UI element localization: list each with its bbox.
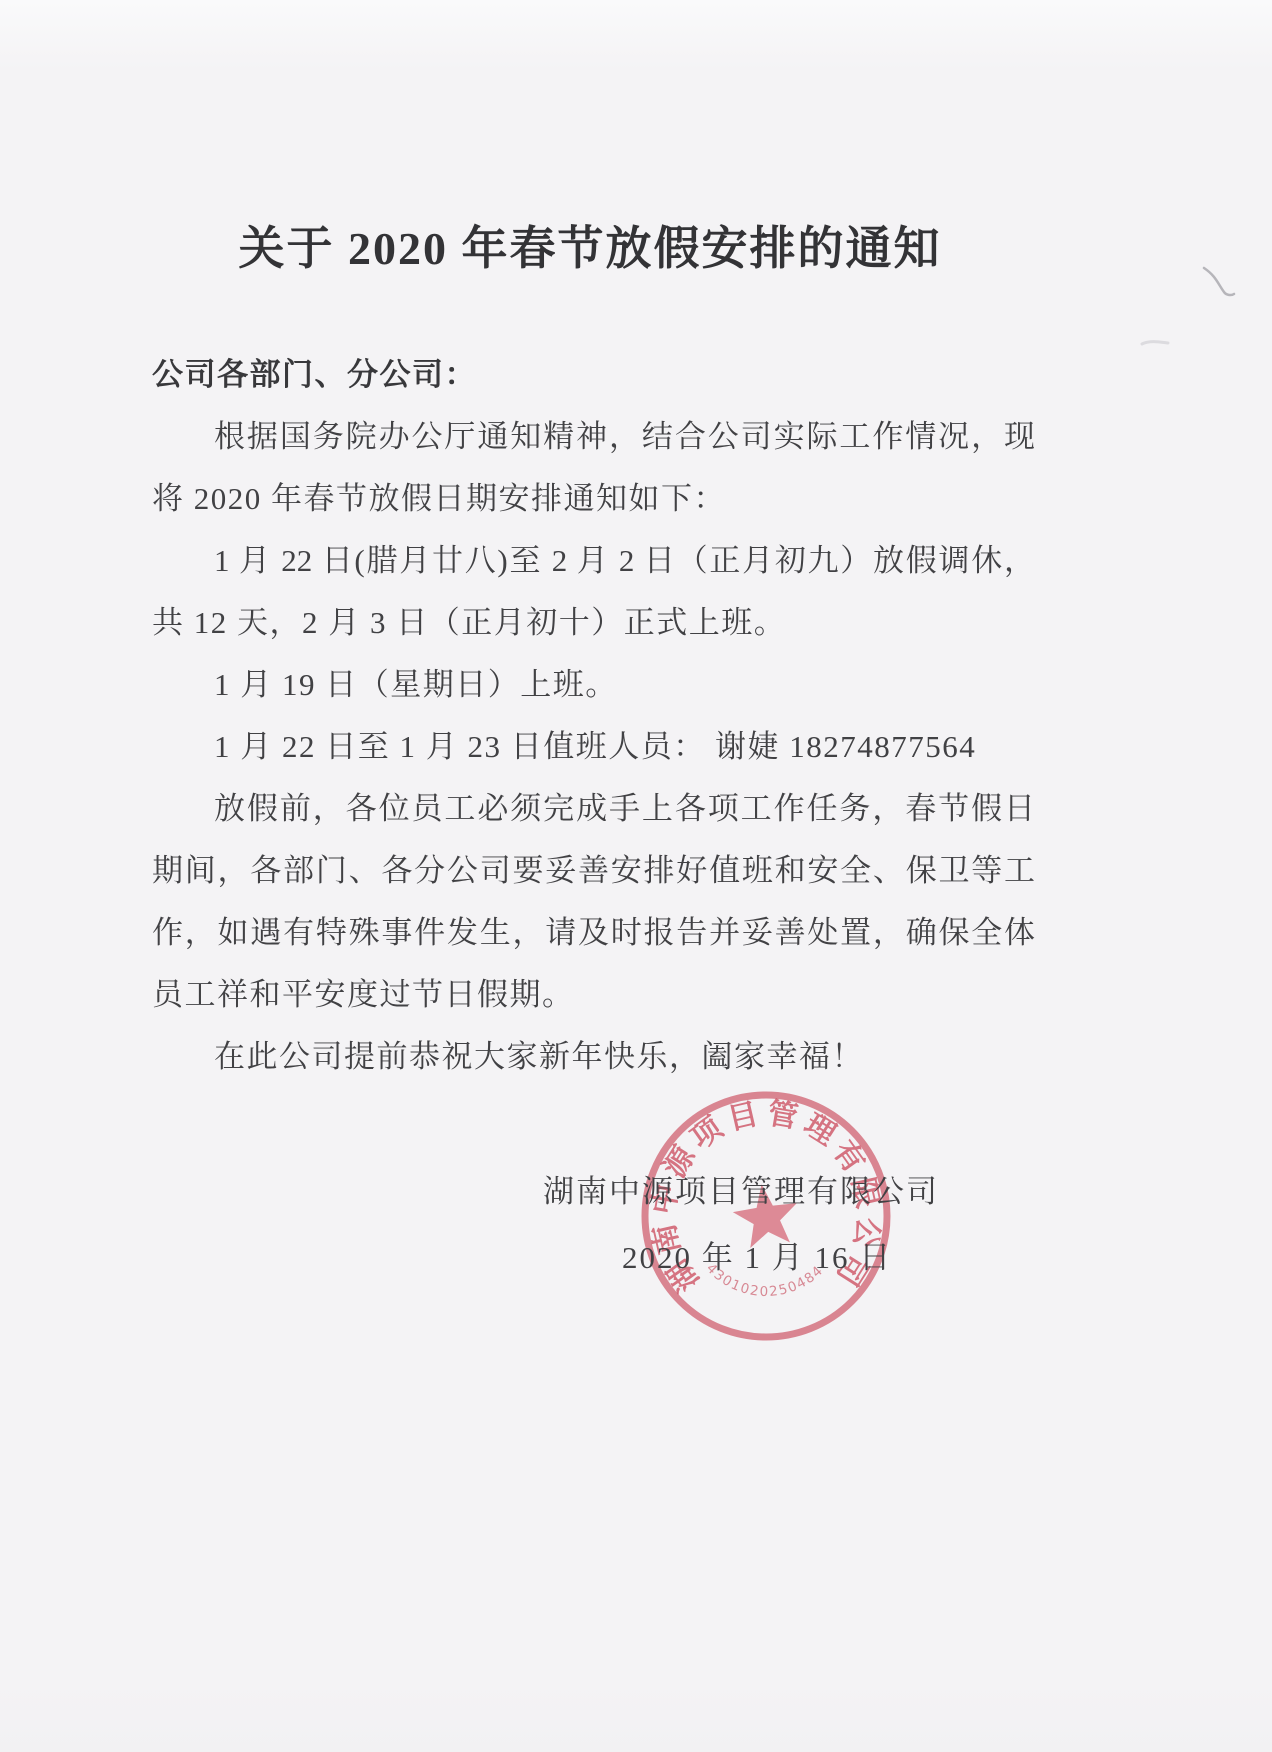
- body-line: 1 月 22 日(腊月廿八)至 2 月 2 日（正月初九）放假调休，: [152, 530, 1035, 592]
- scan-artifact: [1140, 336, 1170, 350]
- signature-date: 2020 年 1 月 16 日: [622, 1232, 892, 1277]
- signature-company-name: 湖南中源项目管理有限公司: [543, 1166, 939, 1211]
- body-line: 在此公司提前恭祝大家新年快乐，阖家幸福！: [152, 1026, 1035, 1088]
- body-line: 员工祥和平安度过节日假期。: [152, 964, 1035, 1026]
- page-title: 关于 2020 年春节放假安排的通知: [0, 212, 1226, 278]
- scan-artifact: [1198, 262, 1242, 306]
- body-line: 期间，各部门、各分公司要妥善安排好值班和安全、保卫等工: [152, 840, 1035, 902]
- body-line: 作，如遇有特殊事件发生，请及时报告并妥善处置，确保全体: [152, 902, 1035, 964]
- body-line: 1 月 19 日（星期日）上班。: [152, 654, 1035, 716]
- body-line: 1 月 22 日至 1 月 23 日值班人员： 谢婕 18274877564: [152, 716, 1035, 778]
- body-line: 放假前，各位员工必须完成手上各项工作任务，春节假日: [152, 778, 1035, 840]
- body-line: 将 2020 年春节放假日期安排通知如下：: [152, 468, 1035, 530]
- company-seal-stamp: 湖南中源项目管理有限公司 4301020250484: [636, 1086, 896, 1346]
- body-line: 共 12 天，2 月 3 日（正月初十）正式上班。: [152, 592, 1035, 654]
- notice-body: 公司各部门、分公司： 根据国务院办公厅通知精神，结合公司实际工作情况，现 将 2…: [152, 344, 1035, 1088]
- body-line: 根据国务院办公厅通知精神，结合公司实际工作情况，现: [152, 406, 1035, 468]
- scanned-notice-page: 关于 2020 年春节放假安排的通知 公司各部门、分公司： 根据国务院办公厅通知…: [0, 0, 1272, 1752]
- salutation-line: 公司各部门、分公司：: [152, 344, 1035, 406]
